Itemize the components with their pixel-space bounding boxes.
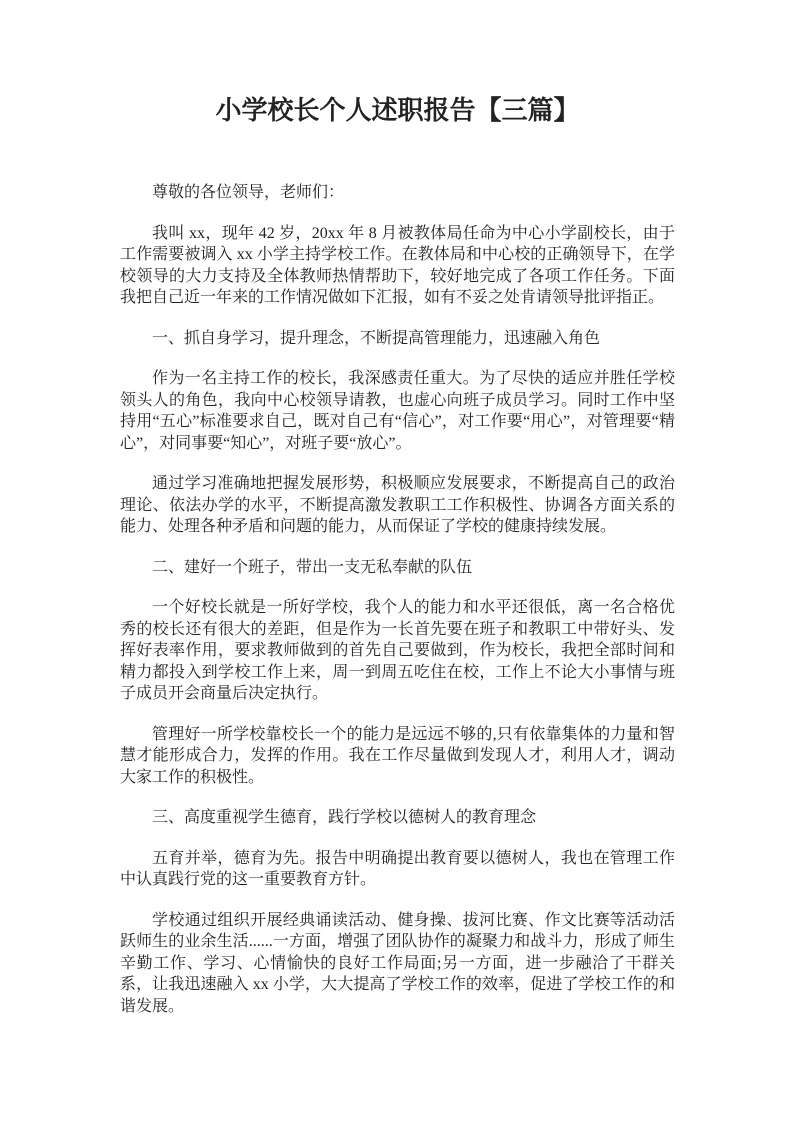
paragraph: 五育并举，德育为先。报告中明确提出教育要以德树人，我也在管理工作中认真践行党的这… bbox=[120, 848, 675, 891]
section-heading: 一、抓自身学习，提升理念，不断提高管理能力，迅速融入角色 bbox=[120, 328, 675, 350]
paragraph: 管理好一所学校靠校长一个的能力是远远不够的,只有依靠集体的力量和智慧才能形成合力… bbox=[120, 724, 675, 789]
document-page: 小学校长个人述职报告【三篇】 尊敬的各位领导，老师们：我叫 xx，现年 42 岁… bbox=[0, 0, 793, 1122]
paragraph: 作为一名主持工作的校长，我深感责任重大。为了尽快的适应并胜任学校领头人的角色，我… bbox=[120, 368, 675, 454]
salutation: 尊敬的各位领导，老师们： bbox=[120, 182, 675, 204]
paragraph: 学校通过组织开展经典诵读活动、健身操、拔河比赛、作文比赛等活动活跃师生的业余生活… bbox=[120, 910, 675, 1018]
section-heading: 二、建好一个班子，带出一支无私奉献的队伍 bbox=[120, 557, 675, 579]
section-heading: 三、高度重视学生德育，践行学校以德树人的教育理念 bbox=[120, 807, 675, 829]
paragraph: 一个好校长就是一所好学校，我个人的能力和水平还很低，离一名合格优秀的校长还有很大… bbox=[120, 597, 675, 705]
paragraph: 我叫 xx，现年 42 岁，20xx 年 8 月被教体局任命为中心小学副校长，由… bbox=[120, 223, 675, 309]
paragraph: 通过学习准确地把握发展形势，积极顺应发展要求，不断提高自己的政治理论、依法办学的… bbox=[120, 473, 675, 538]
document-body: 尊敬的各位领导，老师们：我叫 xx，现年 42 岁，20xx 年 8 月被教体局… bbox=[120, 182, 675, 1017]
document-title: 小学校长个人述职报告【三篇】 bbox=[112, 94, 683, 128]
